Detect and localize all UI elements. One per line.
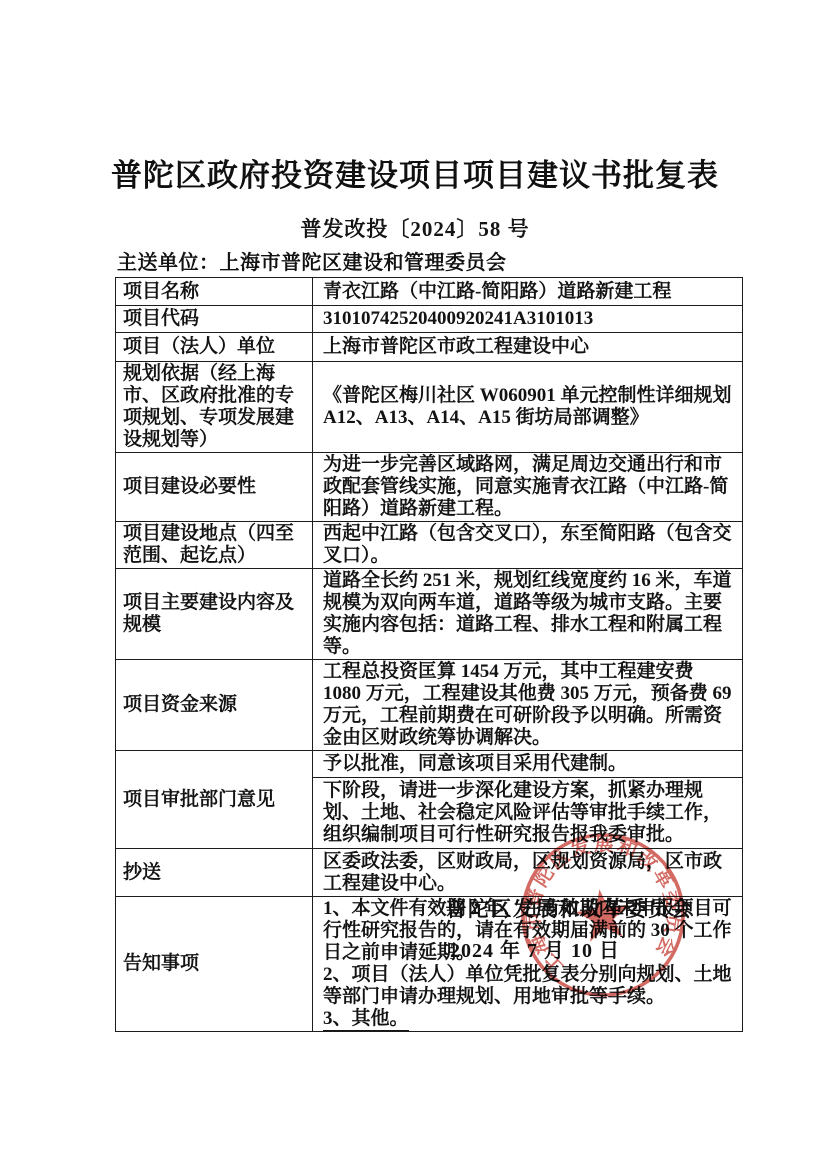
table-row: 项目资金来源 工程总投资匡算 1454 万元，其中工程建安费 1080 万元，工… <box>116 660 743 751</box>
row-label-funding: 项目资金来源 <box>116 660 313 751</box>
row-label-location: 项目建设地点（四至范围、起讫点） <box>116 522 313 569</box>
row-label-cc: 抄送 <box>116 849 313 897</box>
row-label-scope: 项目主要建设内容及规模 <box>116 569 313 660</box>
row-value-approval-opinion-1: 予以批准，同意该项目采用代建制。 <box>313 751 743 778</box>
row-label-planning-basis: 规划依据（经上海市、区政府批准的专项规划、专项发展建设规划等） <box>116 362 313 453</box>
table-row: 项目名称 青衣江路（中江路-简阳路）道路新建工程 <box>116 278 743 306</box>
row-label-necessity: 项目建设必要性 <box>116 453 313 522</box>
row-value-project-name: 青衣江路（中江路-简阳路）道路新建工程 <box>313 278 743 306</box>
row-value-funding: 工程总投资匡算 1454 万元，其中工程建安费 1080 万元，工程建设其他费 … <box>313 660 743 751</box>
document-page: 普陀区政府投资建设项目项目建议书批复表 普发改投〔2024〕58 号 主送单位：… <box>0 0 830 1170</box>
row-value-legal-unit: 上海市普陀区市政工程建设中心 <box>313 333 743 362</box>
row-value-planning-basis: 《普陀区梅川社区 W060901 单元控制性详细规划 A12、A13、A14、A… <box>313 362 743 453</box>
issue-date: 2024 年 7 月 10 日 <box>115 934 742 963</box>
table-row: 项目代码 31010742520400920241A3101013 <box>116 306 743 333</box>
notice-line-2: 2、项目（法人）单位凭批复表分别向规划、土地等部门申请办理规划、用地审批等手续。 <box>323 964 736 1008</box>
page-title: 普陀区政府投资建设项目项目建议书批复表 <box>0 150 830 195</box>
row-value-approval-opinion-2: 下阶段，请进一步深化建设方案，抓紧办理规划、土地、社会稳定风险评估等审批手续工作… <box>313 778 743 849</box>
row-value-project-code: 31010742520400920241A3101013 <box>313 306 743 333</box>
table-row: 项目建设地点（四至范围、起讫点） 西起中江路（包含交叉口），东至简阳路（包含交叉… <box>116 522 743 569</box>
notice-line-3: 3、其他。 <box>323 1008 736 1030</box>
issuing-authority: 普陀区发展和改革委员会 <box>115 893 742 923</box>
table-row: 项目（法人）单位 上海市普陀区市政工程建设中心 <box>116 333 743 362</box>
row-label-legal-unit: 项目（法人）单位 <box>116 333 313 362</box>
row-value-cc: 区委政法委，区财政局，区规划资源局，区市政工程建设中心。 <box>313 849 743 897</box>
row-value-location: 西起中江路（包含交叉口），东至简阳路（包含交叉口）。 <box>313 522 743 569</box>
row-label-approval-opinion: 项目审批部门意见 <box>116 751 313 849</box>
table-row: 抄送 区委政法委，区财政局，区规划资源局，区市政工程建设中心。 <box>116 849 743 897</box>
row-value-necessity: 为进一步完善区域路网，满足周边交通出行和市政配套管线实施，同意实施青衣江路（中江… <box>313 453 743 522</box>
row-value-scope: 道路全长约 251 米，规划红线宽度约 16 米，车道规模为双向两车道，道路等级… <box>313 569 743 660</box>
table-row: 规划依据（经上海市、区政府批准的专项规划、专项发展建设规划等） 《普陀区梅川社区… <box>116 362 743 453</box>
recipient-line: 主送单位：上海市普陀区建设和管理委员会 <box>117 246 757 275</box>
row-label-project-code: 项目代码 <box>116 306 313 333</box>
table-row: 项目主要建设内容及规模 道路全长约 251 米，规划红线宽度约 16 米，车道规… <box>116 569 743 660</box>
document-number: 普发改投〔2024〕58 号 <box>0 213 830 243</box>
row-label-project-name: 项目名称 <box>116 278 313 306</box>
table-row: 项目建设必要性 为进一步完善区域路网，满足周边交通出行和市政配套管线实施，同意实… <box>116 453 743 522</box>
table-row: 项目审批部门意见 予以批准，同意该项目采用代建制。 <box>116 751 743 778</box>
